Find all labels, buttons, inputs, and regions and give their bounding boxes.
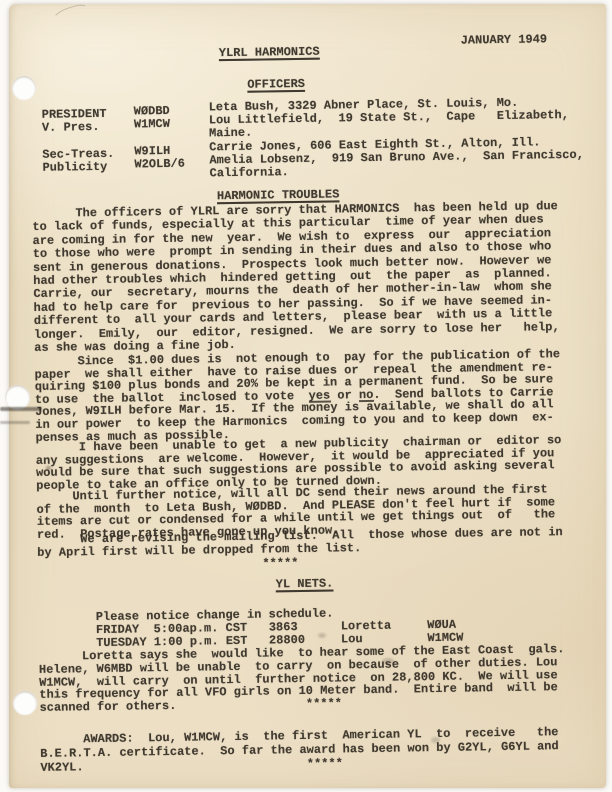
- ink-spot-3: [382, 658, 394, 664]
- document-title: YLRL HARMONICS: [219, 45, 320, 60]
- underline-no: [359, 400, 374, 402]
- document-content: JANUARY 1949 YLRL HARMONICS OFFICERS PRE…: [0, 0, 612, 792]
- officers-office-column: PRESIDENT V. Pres. Sec-Treas. Publicity: [42, 108, 115, 175]
- officers-address-column: Leta Bush, 3329 Abner Place, St. Louis, …: [209, 96, 585, 181]
- punch-hole-bottom: [13, 691, 37, 715]
- ink-spot-2: [318, 633, 326, 638]
- ink-spot-4: [431, 737, 440, 743]
- punch-hole-top: [12, 76, 36, 100]
- yl-nets-heading: YL NETS.: [276, 577, 334, 592]
- underline-yes: [309, 401, 331, 403]
- harmonic-troubles-paragraph-5: We are revising the mailing list. All th…: [37, 526, 563, 559]
- harmonic-troubles-paragraph-1: The officers of YLRL are sorry that HARM…: [32, 200, 560, 355]
- harmonic-troubles-paragraph-2: Since $1.00 dues is not enough to pay fo…: [34, 348, 561, 444]
- edge-smudge-streak-1: [0, 407, 42, 411]
- harmonic-troubles-heading: HARMONIC TROUBLES: [217, 187, 340, 203]
- officers-callsign-column: WØDBD W1MCW W9ILH W2OLB/6: [134, 105, 185, 172]
- section-separator: *****: [262, 556, 298, 571]
- officers-heading: OFFICERS: [247, 77, 305, 92]
- edge-smudge-streak-2: [0, 421, 30, 424]
- ink-spot-1: [46, 466, 51, 470]
- awards-paragraph: AWARDS: Lou, W1MCW, is the first America…: [40, 725, 559, 775]
- document-date: JANUARY 1949: [461, 32, 548, 47]
- yl-nets-body: Please notice change in schedule. FRIDAY…: [38, 604, 565, 715]
